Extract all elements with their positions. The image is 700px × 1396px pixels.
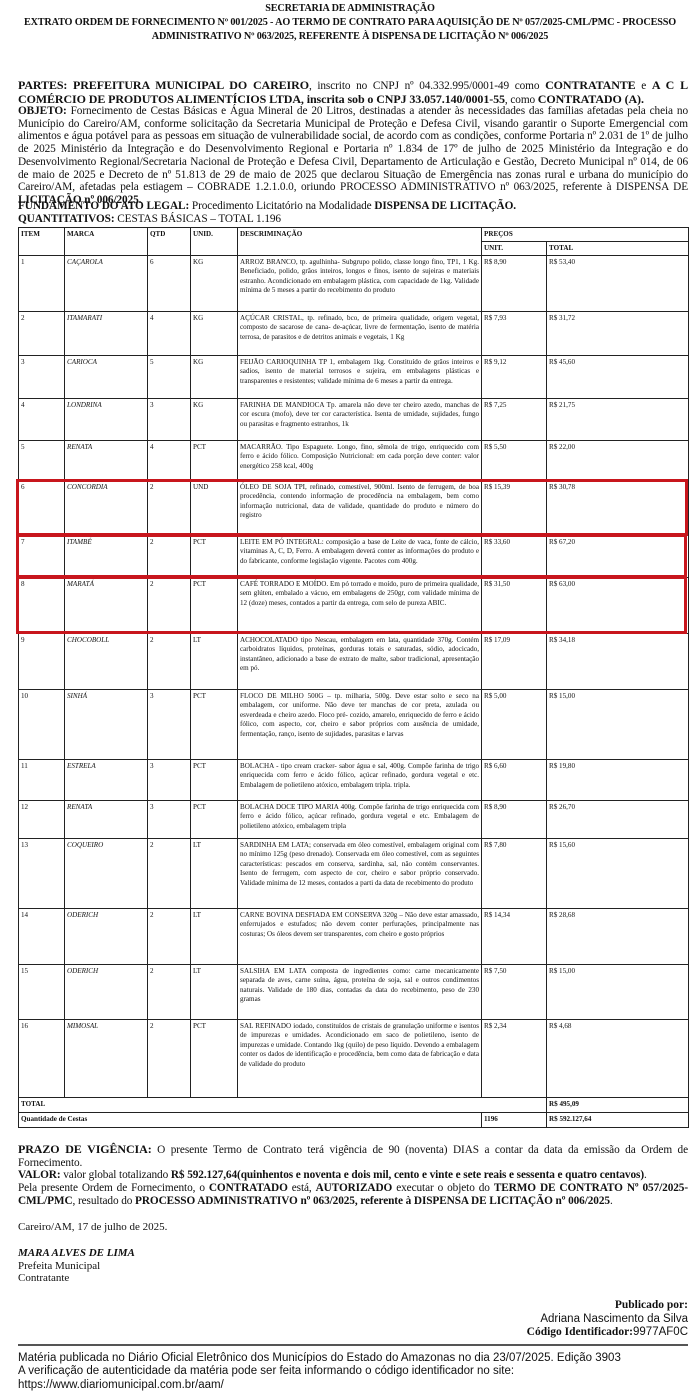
- table-row: 4LONDRINA3KGFARINHA DE MANDIOCA Tp. amar…: [19, 399, 689, 441]
- total-label: TOTAL: [19, 1098, 547, 1113]
- quantity: 2: [148, 578, 191, 634]
- quantity: 2: [148, 839, 191, 909]
- autorizacao-paragraph: Pela presente Ordem de Fornecimento, o C…: [18, 1182, 688, 1207]
- item-description: SALSIHA EM LATA composta de ingredientes…: [238, 965, 482, 1020]
- brand-name: ESTRELA: [65, 760, 148, 801]
- header-unit: UNIT.: [482, 242, 547, 256]
- unit-measure: KG: [191, 256, 238, 312]
- fundamento-paragraph: FUNDAMENTO DO ATO LEGAL: Procedimento Li…: [18, 200, 688, 213]
- total-price: R$ 19,80: [547, 760, 689, 801]
- item-number: 2: [19, 312, 65, 356]
- header-total: TOTAL: [547, 242, 689, 256]
- table-row: 15ODERICH2LTSALSIHA EM LATA composta de …: [19, 965, 689, 1020]
- brand-name: ITAMARATI: [65, 312, 148, 356]
- table-row: 2ITAMARATI4KGAÇÚCAR CRISTAL, tp. refinad…: [19, 312, 689, 356]
- unit-price: R$ 33,60: [482, 536, 547, 578]
- table-row: 14ODERICH2LTCARNE BOVINA DESFIADA EM CON…: [19, 909, 689, 965]
- brand-name: RENATA: [65, 441, 148, 481]
- unit-measure: PCT: [191, 441, 238, 481]
- header-department: SECRETARIA DE ADMINISTRAÇÃO: [0, 2, 700, 16]
- brand-name: RENATA: [65, 801, 148, 839]
- brand-name: ITAMBÉ: [65, 536, 148, 578]
- total-price: R$ 34,18: [547, 634, 689, 690]
- quantity: 2: [148, 536, 191, 578]
- item-description: SAL REFINADO iodado, constituídos de cri…: [238, 1020, 482, 1098]
- item-number: 7: [19, 536, 65, 578]
- quantity: 2: [148, 481, 191, 536]
- item-number: 13: [19, 839, 65, 909]
- item-description: MACARRÃO. Tipo Espaguete. Longo, fino, s…: [238, 441, 482, 481]
- item-number: 4: [19, 399, 65, 441]
- quantity: 2: [148, 909, 191, 965]
- table-row: 5RENATA4PCTMACARRÃO. Tipo Espaguete. Lon…: [19, 441, 689, 481]
- brand-name: SINHÁ: [65, 690, 148, 760]
- quantity: 2: [148, 1020, 191, 1098]
- item-description: ACHOCOLATADO tipo Nescau, embalagem em l…: [238, 634, 482, 690]
- table-total-row: TOTALR$ 495,09: [19, 1098, 689, 1113]
- unit-measure: KG: [191, 356, 238, 399]
- unit-price: R$ 7,25: [482, 399, 547, 441]
- item-number: 14: [19, 909, 65, 965]
- items-table: ITEM MARCA QTD UNID. DESCRIMINAÇÃO PREÇO…: [18, 227, 689, 1128]
- header-item: ITEM: [19, 228, 65, 256]
- brand-name: CAÇAROLA: [65, 256, 148, 312]
- item-number: 15: [19, 965, 65, 1020]
- quantitativos-label: QUANTITATIVOS:: [18, 213, 115, 225]
- unit-measure: PCT: [191, 690, 238, 760]
- item-number: 10: [19, 690, 65, 760]
- item-description: AÇÚCAR CRISTAL, tp. refinado, bco, de pr…: [238, 312, 482, 356]
- unit-price: R$ 8,90: [482, 256, 547, 312]
- item-number: 9: [19, 634, 65, 690]
- unit-price: R$ 15,39: [482, 481, 547, 536]
- objeto-label: OBJETO:: [18, 105, 67, 117]
- publication-footer: Matéria publicada no Diário Oficial Elet…: [18, 1352, 621, 1392]
- total-price: R$ 15,00: [547, 690, 689, 760]
- signatory-name: MARA ALVES DE LIMA: [18, 1247, 135, 1260]
- total-price: R$ 67,20: [547, 536, 689, 578]
- unit-measure: KG: [191, 312, 238, 356]
- objeto-paragraph: OBJETO: Fornecimento de Cestas Básicas e…: [18, 105, 688, 207]
- identifier-code: Código Identificador:9977AF0C: [527, 1326, 688, 1340]
- cestas-value: R$ 592.127,64: [547, 1113, 689, 1128]
- brand-name: LONDRINA: [65, 399, 148, 441]
- publisher-name: Adriana Nascimento da Silva: [527, 1313, 688, 1327]
- item-description: SARDINHA EM LATA; conservada em óleo com…: [238, 839, 482, 909]
- item-description: FLOCO DE MILHO 500G – tp. milharia, 500g…: [238, 690, 482, 760]
- item-number: 8: [19, 578, 65, 634]
- unit-price: R$ 9,12: [482, 356, 547, 399]
- table-row: 16MIMOSAL2PCTSAL REFINADO iodado, consti…: [19, 1020, 689, 1098]
- item-description: ARROZ BRANCO, tp. agulhinha- Subgrupo po…: [238, 256, 482, 312]
- total-price: R$ 45,60: [547, 356, 689, 399]
- unit-price: R$ 5,00: [482, 690, 547, 760]
- item-description: FEIJÃO CARIOQUINHA TP 1, embalagem 1kg. …: [238, 356, 482, 399]
- publisher-block: Publicado por: Adriana Nascimento da Sil…: [527, 1299, 688, 1340]
- quantity: 6: [148, 256, 191, 312]
- cestas-quantity: 1196: [482, 1113, 547, 1128]
- verification-link[interactable]: https://www.diariomunicipal.com.br/aam/: [18, 1379, 621, 1392]
- brand-name: CHOCOBOLL: [65, 634, 148, 690]
- unit-measure: LT: [191, 909, 238, 965]
- table-row: 8MARATÁ2PCTCAFÉ TORRADO E MOÍDO. Em pó t…: [19, 578, 689, 634]
- valor-label: VALOR:: [18, 1169, 61, 1181]
- unit-measure: PCT: [191, 578, 238, 634]
- quantity: 3: [148, 399, 191, 441]
- unit-price: R$ 6,60: [482, 760, 547, 801]
- brand-name: COQUEIRO: [65, 839, 148, 909]
- valor-paragraph: VALOR: valor global totalizando R$ 592.1…: [18, 1169, 688, 1182]
- partes-paragraph: PARTES: PREFEITURA MUNICIPAL DO CAREIRO,…: [18, 79, 688, 106]
- unit-measure: PCT: [191, 1020, 238, 1098]
- document-header: SECRETARIA DE ADMINISTRAÇÃO EXTRATO ORDE…: [0, 2, 700, 44]
- header-qtd: QTD: [148, 228, 191, 256]
- table-row: 11ESTRELA3PCTBOLACHA - tipo cream cracke…: [19, 760, 689, 801]
- footer-divider: [18, 1344, 688, 1346]
- unit-measure: KG: [191, 399, 238, 441]
- total-price: R$ 53,40: [547, 256, 689, 312]
- unit-price: R$ 7,93: [482, 312, 547, 356]
- quantity: 3: [148, 801, 191, 839]
- total-price: R$ 21,75: [547, 399, 689, 441]
- header-marca: MARCA: [65, 228, 148, 256]
- signatory-role: Prefeita Municipal: [18, 1260, 135, 1273]
- fundamento-label: FUNDAMENTO DO ATO LEGAL:: [18, 200, 189, 212]
- unit-price: R$ 8,90: [482, 801, 547, 839]
- total-price: R$ 15,60: [547, 839, 689, 909]
- brand-name: MARATÁ: [65, 578, 148, 634]
- unit-price: R$ 17,09: [482, 634, 547, 690]
- publication-info: Matéria publicada no Diário Oficial Elet…: [18, 1352, 621, 1365]
- brand-name: CARIOCA: [65, 356, 148, 399]
- valor-amount: R$ 592.127,64(quinhentos e noventa e doi…: [171, 1169, 644, 1181]
- table-row: 3CARIOCA5KGFEIJÃO CARIOQUINHA TP 1, emba…: [19, 356, 689, 399]
- quantity: 4: [148, 312, 191, 356]
- unit-measure: PCT: [191, 536, 238, 578]
- unit-measure: UND: [191, 481, 238, 536]
- table-row: 6CONCORDIA2UNDÓLEO DE SOJA TPI, refinado…: [19, 481, 689, 536]
- cestas-label: Quantidade de Cestas: [19, 1113, 482, 1128]
- table-row: 1CAÇAROLA6KGARROZ BRANCO, tp. agulhinha-…: [19, 256, 689, 312]
- unit-measure: LT: [191, 965, 238, 1020]
- brand-name: ODERICH: [65, 909, 148, 965]
- item-number: 3: [19, 356, 65, 399]
- item-description: BOLACHA DOCE TIPO MARIA 400g. Compõe far…: [238, 801, 482, 839]
- unit-price: R$ 7,80: [482, 839, 547, 909]
- contratante-name: PREFEITURA MUNICIPAL DO CAREIRO: [73, 78, 309, 92]
- total-value: R$ 495,09: [547, 1098, 689, 1113]
- header-title-line2: ADMINISTRATIVO Nº 063/2025, REFERENTE À …: [0, 30, 700, 44]
- item-description: LEITE EM PÓ INTEGRAL: composição a base …: [238, 536, 482, 578]
- unit-measure: PCT: [191, 760, 238, 801]
- item-description: ÓLEO DE SOJA TPI, refinado, comestível, …: [238, 481, 482, 536]
- total-price: R$ 31,72: [547, 312, 689, 356]
- brand-name: MIMOSAL: [65, 1020, 148, 1098]
- publisher-label: Publicado por:: [527, 1299, 688, 1313]
- quantity: 3: [148, 760, 191, 801]
- header-title-line1: EXTRATO ORDEM DE FORNECIMENTO Nº 001/202…: [0, 16, 700, 30]
- unit-measure: LT: [191, 839, 238, 909]
- signature-block: MARA ALVES DE LIMA Prefeita Municipal Co…: [18, 1247, 135, 1285]
- authenticity-info: A verificação de autenticidade da matéri…: [18, 1365, 621, 1378]
- unit-price: R$ 7,50: [482, 965, 547, 1020]
- quantity: 4: [148, 441, 191, 481]
- total-price: R$ 28,68: [547, 909, 689, 965]
- item-description: FARINHA DE MANDIOCA Tp. amarela não deve…: [238, 399, 482, 441]
- item-number: 1: [19, 256, 65, 312]
- quantity: 3: [148, 690, 191, 760]
- table-row: 12RENATA3PCTBOLACHA DOCE TIPO MARIA 400g…: [19, 801, 689, 839]
- table-row: 13COQUEIRO2LTSARDINHA EM LATA; conservad…: [19, 839, 689, 909]
- quantity: 5: [148, 356, 191, 399]
- total-price: R$ 26,70: [547, 801, 689, 839]
- unit-price: R$ 2,34: [482, 1020, 547, 1098]
- total-price: R$ 22,00: [547, 441, 689, 481]
- unit-price: R$ 14,34: [482, 909, 547, 965]
- total-price: R$ 63,00: [547, 578, 689, 634]
- total-price: R$ 30,78: [547, 481, 689, 536]
- quantity: 2: [148, 634, 191, 690]
- item-number: 5: [19, 441, 65, 481]
- header-desc: DESCRIMINAÇÃO: [238, 228, 482, 256]
- unit-price: R$ 31,50: [482, 578, 547, 634]
- unit-price: R$ 5,50: [482, 441, 547, 481]
- prazo-paragraph: PRAZO DE VIGÊNCIA: O presente Termo de C…: [18, 1143, 688, 1169]
- table-header-row: ITEM MARCA QTD UNID. DESCRIMINAÇÃO PREÇO…: [19, 228, 689, 242]
- prazo-label: PRAZO DE VIGÊNCIA:: [18, 1142, 152, 1156]
- item-description: CARNE BOVINA DESFIADA EM CONSERVA 320g –…: [238, 909, 482, 965]
- total-price: R$ 15,00: [547, 965, 689, 1020]
- header-unid: UNID.: [191, 228, 238, 256]
- total-price: R$ 4,68: [547, 1020, 689, 1098]
- item-description: CAFÉ TORRADO E MOÍDO. Em pó torrado e mo…: [238, 578, 482, 634]
- location-date: Careiro/AM, 17 de julho de 2025.: [18, 1221, 167, 1234]
- table-row: 7ITAMBÉ2PCTLEITE EM PÓ INTEGRAL: composi…: [19, 536, 689, 578]
- item-description: BOLACHA - tipo cream cracker- sabor água…: [238, 760, 482, 801]
- table-row: 10SINHÁ3PCTFLOCO DE MILHO 500G – tp. mil…: [19, 690, 689, 760]
- brand-name: CONCORDIA: [65, 481, 148, 536]
- signatory-party: Contratante: [18, 1272, 135, 1285]
- brand-name: ODERICH: [65, 965, 148, 1020]
- item-number: 6: [19, 481, 65, 536]
- quantitativos-paragraph: QUANTITATIVOS: CESTAS BÁSICAS – TOTAL 1.…: [18, 213, 688, 226]
- table-cestas-row: Quantidade de Cestas1196R$ 592.127,64: [19, 1113, 689, 1128]
- unit-measure: LT: [191, 634, 238, 690]
- item-number: 12: [19, 801, 65, 839]
- item-number: 11: [19, 760, 65, 801]
- quantity: 2: [148, 965, 191, 1020]
- partes-label: PARTES:: [18, 78, 67, 92]
- header-precos: PREÇOS: [482, 228, 689, 242]
- table-row: 9CHOCOBOLL2LTACHOCOLATADO tipo Nescau, e…: [19, 634, 689, 690]
- unit-measure: PCT: [191, 801, 238, 839]
- item-number: 16: [19, 1020, 65, 1098]
